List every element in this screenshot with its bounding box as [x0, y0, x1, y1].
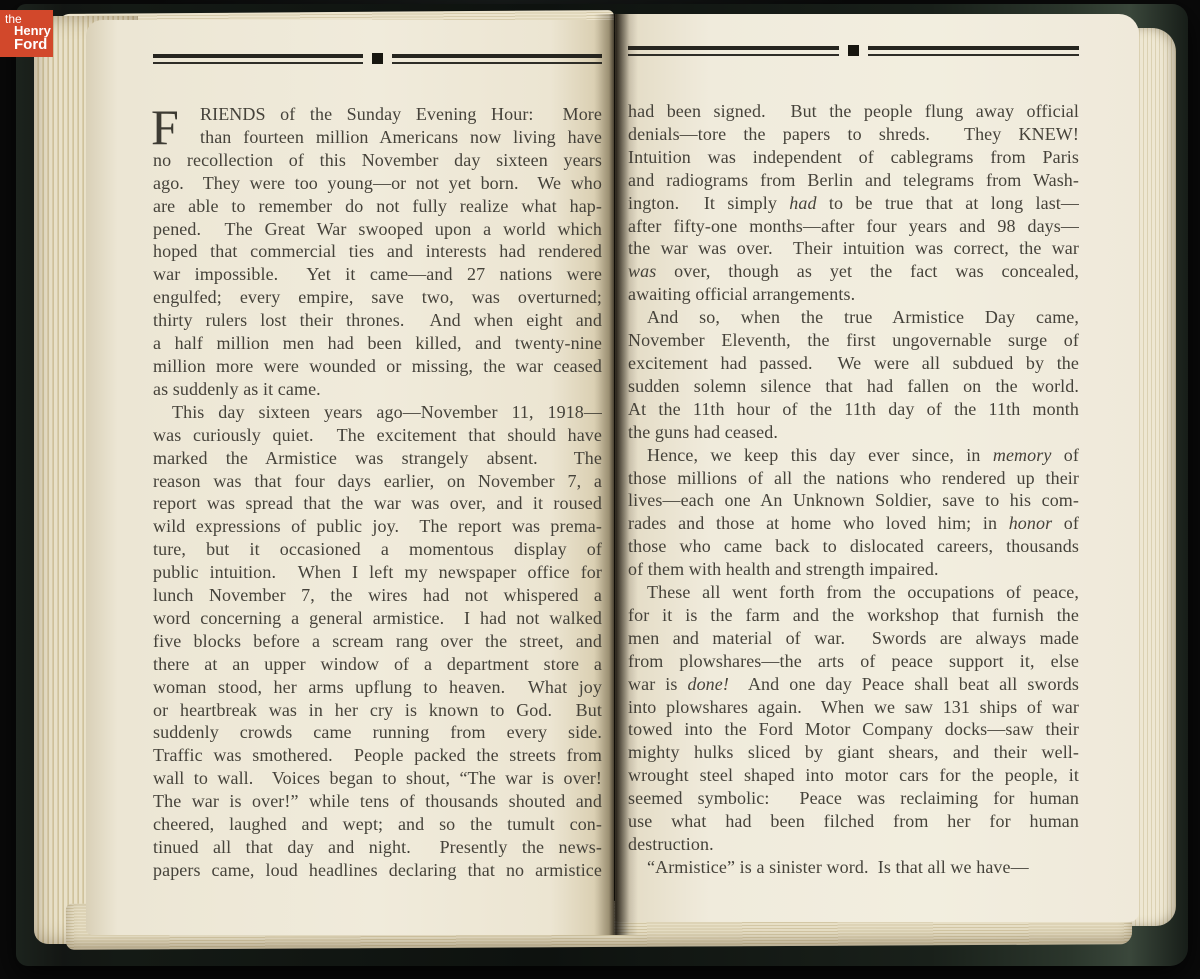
text-line: towed into the Ford Motor Company docks—…	[628, 718, 1079, 741]
text-line: tinued all that day and night. Presently…	[153, 836, 602, 859]
text-line: the war was over. Their intuition was co…	[628, 237, 1079, 260]
text-line: after fifty-one months—after four years …	[628, 215, 1079, 238]
text-line: pened. The Great War swooped upon a worl…	[153, 218, 602, 241]
text-line: war is done! And one day Peace shall bea…	[628, 673, 1079, 696]
text-line: And so, when the true Armistice Day came…	[628, 306, 1079, 329]
paragraph: Hence, we keep this day ever since, in m…	[628, 444, 1079, 581]
text-line: for it is the farm and the workshop that…	[628, 604, 1079, 627]
text-line: This day sixteen years ago—November 11, …	[153, 401, 602, 424]
paragraph: FRIENDS of the Sunday Evening Hour: More…	[153, 103, 602, 401]
text-line: Traffic was smothered. People packed the…	[153, 744, 602, 767]
page-column-left: FRIENDS of the Sunday Evening Hour: More…	[153, 103, 602, 882]
text-line: of them with health and strength impaire…	[628, 558, 1079, 581]
text-line: Intuition was independent of cablegrams …	[628, 146, 1079, 169]
text-line: seemed symbolic: Peace was reclaiming fo…	[628, 787, 1079, 810]
text-line: suddenly crowds came running from every …	[153, 721, 602, 744]
text-line: reason was that four days earlier, on No…	[153, 470, 602, 493]
text-line: million more were wounded or missing, th…	[153, 355, 602, 378]
text-line: was curiously quiet. The excitement that…	[153, 424, 602, 447]
text-line: papers came, loud headlines declaring th…	[153, 859, 602, 882]
text-line: “Armistice” is a sinister word. Is that …	[628, 856, 1079, 879]
text-line: ago. They were too young—or not yet born…	[153, 172, 602, 195]
text-line: hoped that commercial ties and interests…	[153, 240, 602, 263]
text-line: thirty rulers lost their thrones. And wh…	[153, 309, 602, 332]
text-line: those who came back to dislocated career…	[628, 535, 1079, 558]
text-line: report was spread that the war was over,…	[153, 492, 602, 515]
text-line: no recollection of this November day six…	[153, 149, 602, 172]
book-page-left: FRIENDS of the Sunday Evening Hour: More…	[86, 20, 614, 935]
text-line: use what had been filched from her for h…	[628, 810, 1079, 833]
text-line: and radiograms from Berlin and telegrams…	[628, 169, 1079, 192]
text-line: those millions of all the nations who re…	[628, 467, 1079, 490]
paragraph: “Armistice” is a sinister word. Is that …	[628, 856, 1079, 879]
text-line: are able to remember do not fully realiz…	[153, 195, 602, 218]
text-line: into plowshares again. When we saw 131 s…	[628, 696, 1079, 719]
text-line: excitement had passed. We were all subdu…	[628, 352, 1079, 375]
text-line: lunch November 7, the wires had not whis…	[153, 584, 602, 607]
square-ornament	[848, 45, 859, 56]
text-line: five blocks before a scream rang over th…	[153, 630, 602, 653]
text-line: marked the Armistice was strangely absen…	[153, 447, 602, 470]
header-rule-ornament	[153, 53, 602, 64]
text-line: as suddenly as it came.	[153, 378, 602, 401]
text-line: November Eleventh, the first ungovernabl…	[628, 329, 1079, 352]
paragraph: This day sixteen years ago—November 11, …	[153, 401, 602, 882]
text-line: The war is over!” while tens of thousand…	[153, 790, 602, 813]
page-column-right: had been signed. But the people flung aw…	[628, 100, 1079, 879]
square-ornament	[372, 53, 383, 64]
text-line: wrought steel shaped into motor cars for…	[628, 764, 1079, 787]
text-line: At the 11th hour of the 11th day of the …	[628, 398, 1079, 421]
text-line: These all went forth from the occupation…	[628, 581, 1079, 604]
text-line: woman stood, her arms upflung to heaven.…	[153, 676, 602, 699]
henry-ford-logo: the Henry Ford	[0, 10, 53, 57]
drop-cap: F	[151, 106, 179, 149]
book-page-right: had been signed. But the people flung aw…	[615, 14, 1139, 922]
text-line: than fourteen million Americans now livi…	[153, 126, 602, 149]
text-line: a half million men had been killed, and …	[153, 332, 602, 355]
text-line: the guns had ceased.	[628, 421, 1079, 444]
text-line: ington. It simply had to be true that at…	[628, 192, 1079, 215]
paragraph: And so, when the true Armistice Day came…	[628, 306, 1079, 443]
text-line: public intuition. When I left my newspap…	[153, 561, 602, 584]
text-line: RIENDS of the Sunday Evening Hour: More	[153, 103, 602, 126]
text-line: lives—each one An Unknown Soldier, save …	[628, 489, 1079, 512]
double-rule-right	[868, 46, 1079, 56]
logo-word-ford: Ford	[14, 36, 47, 53]
header-rule-ornament	[628, 45, 1079, 56]
text-line: mighty hulks sliced by giant shears, and…	[628, 741, 1079, 764]
text-line: engulfed; every empire, save two, was ov…	[153, 286, 602, 309]
text-line: destruction.	[628, 833, 1079, 856]
text-line: men and material of war. Swords are alwa…	[628, 627, 1079, 650]
text-line: word concerning a general armistice. I h…	[153, 607, 602, 630]
text-line: denials—tore the papers to shreds. They …	[628, 123, 1079, 146]
text-line: rades and those at home who loved him; i…	[628, 512, 1079, 535]
text-line: war impossible. Yet it came—and 27 natio…	[153, 263, 602, 286]
text-line: ture, but it occasioned a momentous disp…	[153, 538, 602, 561]
text-line: sudden solemn silence that had fallen on…	[628, 375, 1079, 398]
double-rule-left	[153, 54, 363, 64]
double-rule-right	[392, 54, 602, 64]
paragraph: These all went forth from the occupation…	[628, 581, 1079, 856]
paragraph: had been signed. But the people flung aw…	[628, 100, 1079, 306]
text-line: was over, though as yet the fact was con…	[628, 260, 1079, 283]
text-line: awaiting official arrangements.	[628, 283, 1079, 306]
text-line: Hence, we keep this day ever since, in m…	[628, 444, 1079, 467]
text-line: there at an upper window of a department…	[153, 653, 602, 676]
text-line: or heartbreak was in her cry is known to…	[153, 699, 602, 722]
text-line: had been signed. But the people flung aw…	[628, 100, 1079, 123]
text-line: wild expressions of public joy. The repo…	[153, 515, 602, 538]
text-line: from plowshares—the arts of peace suppor…	[628, 650, 1079, 673]
double-rule-left	[628, 46, 839, 56]
text-line: cheered, laughed and wept; and so the tu…	[153, 813, 602, 836]
text-line: wall to wall. Voices began to shout, “Th…	[153, 767, 602, 790]
